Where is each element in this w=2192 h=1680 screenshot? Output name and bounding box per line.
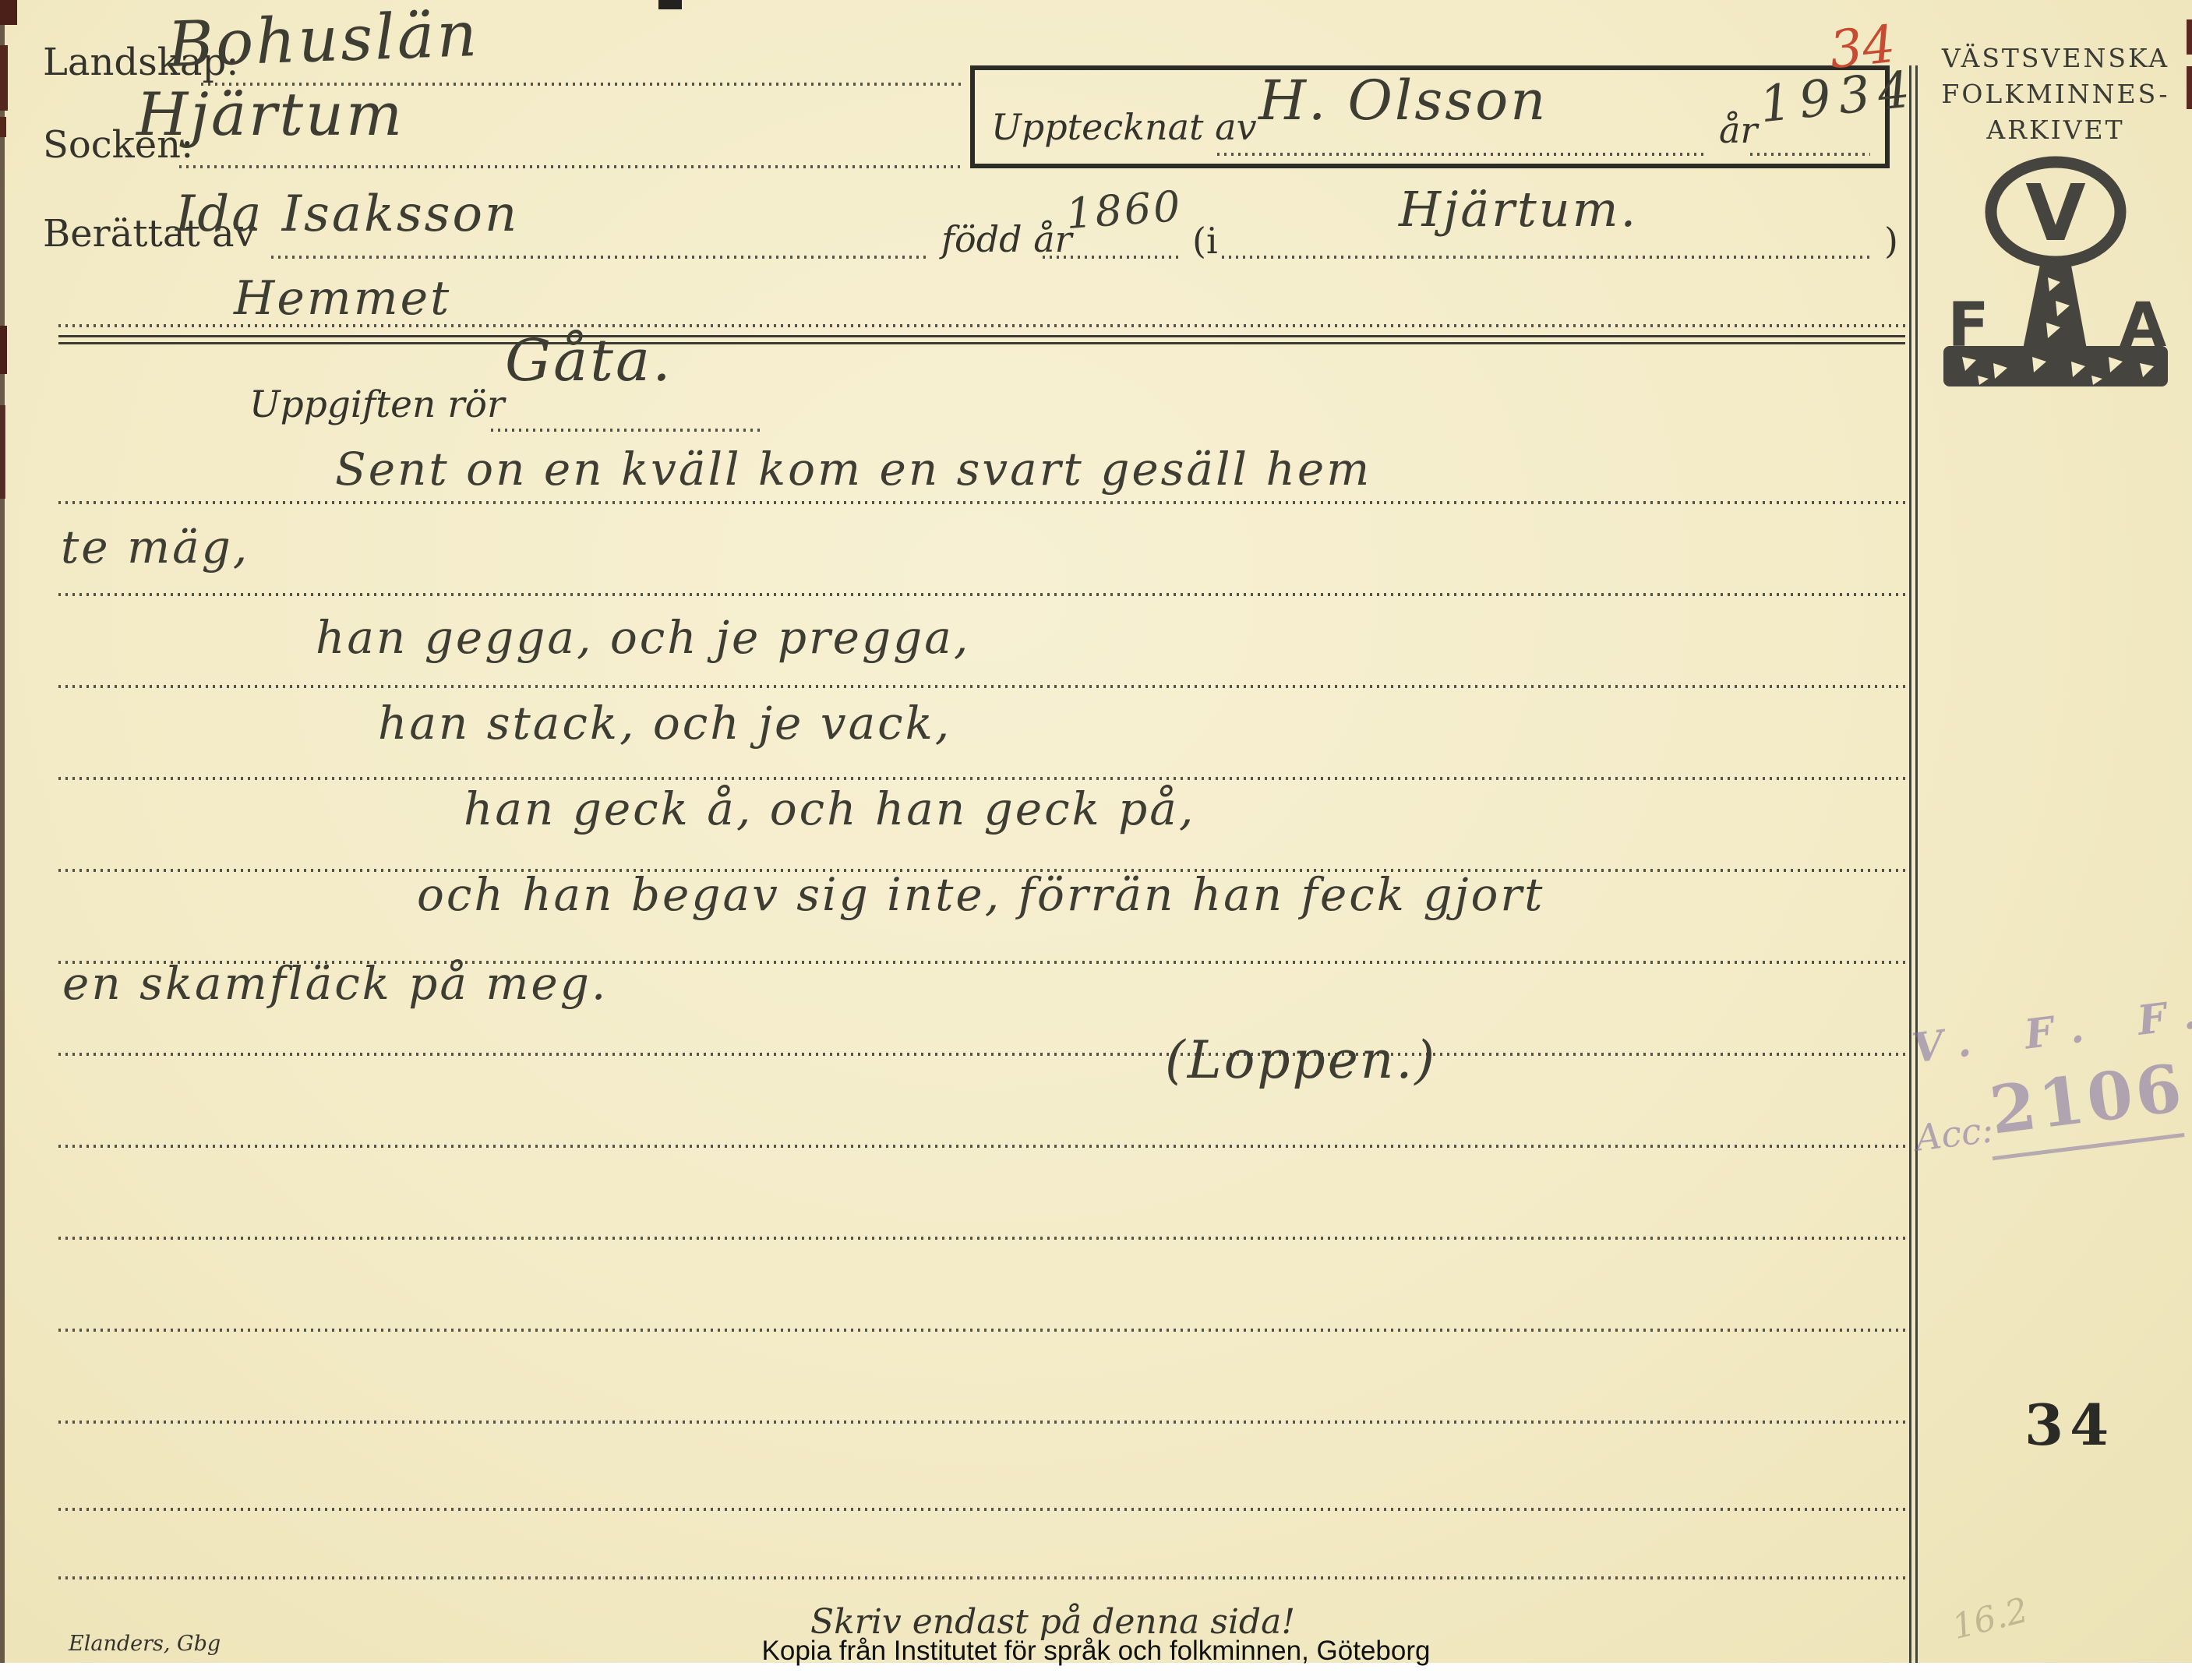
dotted-line xyxy=(58,1237,1905,1240)
column-rule xyxy=(1909,65,1911,1664)
scan-artifact xyxy=(0,0,5,1680)
handwritten-line: han gegga, och je pregga, xyxy=(316,611,970,664)
page-number-stamp: 34 xyxy=(2024,1392,2115,1458)
handwritten-line: Sent on en kväll kom en svart gesäll hem xyxy=(335,443,1371,496)
dotted-line xyxy=(271,256,929,259)
scan-artifact xyxy=(0,0,17,25)
upptecknat-av-value-handwritten: H. Olsson xyxy=(1258,69,1548,132)
dotted-line xyxy=(58,685,1905,688)
archive-masthead-line2: FOLKMINNES- xyxy=(1923,76,2188,112)
divider-rule xyxy=(58,342,1905,344)
dotted-line xyxy=(179,165,965,168)
landskap-value-handwritten: Bohuslän xyxy=(166,0,480,81)
handwritten-line: han stack, och je vack, xyxy=(378,697,951,750)
scan-artifact xyxy=(0,326,7,374)
fodd-ar-label: född år xyxy=(941,218,1072,260)
scan-artifact xyxy=(658,0,682,9)
copy-notice: Kopia från Institutet för språk och folk… xyxy=(762,1636,1431,1667)
dotted-line xyxy=(58,593,1905,596)
berattat-av-value-line2-handwritten: Hemmet xyxy=(234,271,451,326)
archive-masthead-line1: VÄSTSVENSKA xyxy=(1923,41,2188,76)
logo-letter-a: A xyxy=(2120,291,2166,361)
dotted-line xyxy=(1217,153,1708,156)
scan-artifact xyxy=(0,117,6,137)
stamp-acc-label: Acc: xyxy=(1913,1108,1996,1159)
birthplace-value-handwritten: Hjärtum. xyxy=(1399,181,1638,238)
uppgiften-ror-value-handwritten: Gåta. xyxy=(505,327,673,394)
fodd-ar-value-handwritten: 1860 xyxy=(1064,182,1184,238)
dotted-line xyxy=(58,777,1905,780)
handwritten-line: och han begav sig inte, förrän han feck … xyxy=(417,868,1544,921)
dotted-line xyxy=(58,501,1905,504)
archive-masthead-line3: ARKIVET xyxy=(1923,112,2188,148)
handwritten-line: han geck å, och han geck på, xyxy=(464,782,1195,835)
uppgiften-ror-label: Uppgiften rör xyxy=(249,383,504,426)
upptecknat-av-label: Upptecknat av xyxy=(991,106,1257,148)
handwritten-line: te mäg, xyxy=(61,521,249,574)
red-crayon-number: 34 xyxy=(1827,14,1898,80)
berattat-av-value-handwritten: Ida Isaksson xyxy=(175,185,519,243)
birthplace-paren-open: (i xyxy=(1192,220,1218,262)
dotted-line xyxy=(58,1053,1905,1056)
dotted-line xyxy=(1043,256,1178,259)
printer-imprint: Elanders, Gbg xyxy=(69,1632,221,1656)
dotted-line xyxy=(58,1421,1905,1424)
divider-rule xyxy=(58,335,1905,337)
handwritten-line: en skamfläck på meg. xyxy=(62,957,608,1010)
dotted-line xyxy=(58,1145,1905,1148)
accession-stamp: V. F. F. Acc: 2106 xyxy=(1902,993,2192,1188)
birthplace-paren-close: ) xyxy=(1884,220,1898,262)
scanned-card-background xyxy=(0,0,2192,1680)
scan-artifact xyxy=(0,45,8,111)
dotted-line xyxy=(58,1329,1905,1332)
scan-artifact xyxy=(0,405,5,499)
ar-label: år xyxy=(1719,109,1757,151)
dotted-line xyxy=(58,324,1905,327)
socken-value-handwritten: Hjärtum xyxy=(136,79,404,149)
dotted-line xyxy=(1750,153,1870,156)
logo-letter-v: V xyxy=(2025,168,2085,259)
archive-masthead: VÄSTSVENSKA FOLKMINNES- ARKIVET xyxy=(1923,41,2188,148)
logo-letter-f: F xyxy=(1947,291,1989,361)
dotted-line xyxy=(1222,256,1874,259)
stamp-acc-number: 2106 xyxy=(1986,1049,2189,1149)
dotted-line xyxy=(58,1508,1905,1511)
thors-hammer-logo-icon: V F A xyxy=(1931,153,2179,388)
handwritten-line: (Loppen.) xyxy=(1165,1030,1437,1090)
dotted-line xyxy=(491,429,762,432)
dotted-line xyxy=(58,1576,1905,1579)
column-rule xyxy=(1915,65,1918,1664)
